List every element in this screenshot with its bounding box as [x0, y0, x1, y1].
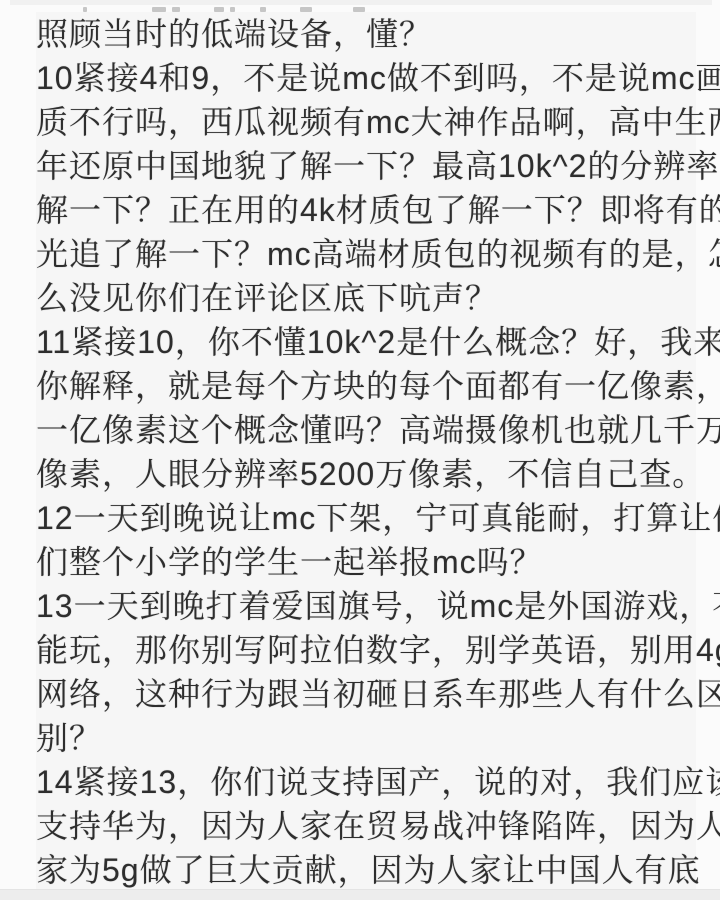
text-line: 网络，这种行为跟当初砸日系车那些人有什么区 — [36, 672, 696, 716]
text-line: 能玩，那你别写阿拉伯数字，别学英语，别用4g — [36, 628, 696, 672]
text-line: 13一天到晚打着爱国旗号，说mc是外国游戏，不 — [36, 584, 696, 628]
bottom-crop-strip — [0, 889, 720, 900]
text-screenshot-page: 照顾当时的低端设备，懂？ 10紧接4和9，不是说mc做不到吗，不是说mc画 质不… — [0, 0, 720, 900]
text-line: 11紧接10，你不懂10k^2是什么概念？好，我来给 — [36, 320, 696, 364]
text-line: 们整个小学的学生一起举报mc吗？ — [36, 540, 696, 584]
text-body: 照顾当时的低端设备，懂？ 10紧接4和9，不是说mc做不到吗，不是说mc画 质不… — [36, 12, 696, 892]
text-line: 像素，人眼分辨率5200万像素，不信自己查。 — [36, 452, 696, 496]
text-line: 一亿像素这个概念懂吗？高端摄像机也就几千万 — [36, 408, 696, 452]
text-line: 12一天到晚说让mc下架，宁可真能耐，打算让你 — [36, 496, 696, 540]
text-line: 家为5g做了巨大贡献，因为人家让中国人有底 — [36, 848, 696, 892]
text-line: 14紧接13，你们说支持国产，说的对，我们应该 — [36, 760, 696, 804]
text-line: 照顾当时的低端设备，懂？ — [36, 12, 696, 56]
text-line: 支持华为，因为人家在贸易战冲锋陷阵，因为人 — [36, 804, 696, 848]
text-line: 年还原中国地貌了解一下？最高10k^2的分辨率了 — [36, 144, 696, 188]
text-line: 别？ — [36, 716, 696, 760]
text-line: 解一下？正在用的4k材质包了解一下？即将有的 — [36, 188, 696, 232]
text-line: 质不行吗，西瓜视频有mc大神作品啊，高中生两 — [36, 100, 696, 144]
text-line: 10紧接4和9，不是说mc做不到吗，不是说mc画 — [36, 56, 696, 100]
text-line: 么没见你们在评论区底下吭声？ — [36, 276, 696, 320]
text-line: 你解释，就是每个方块的每个面都有一亿像素， — [36, 364, 696, 408]
text-line: 光追了解一下？mc高端材质包的视频有的是，怎 — [36, 232, 696, 276]
cropped-previous-line-band — [10, 0, 712, 5]
